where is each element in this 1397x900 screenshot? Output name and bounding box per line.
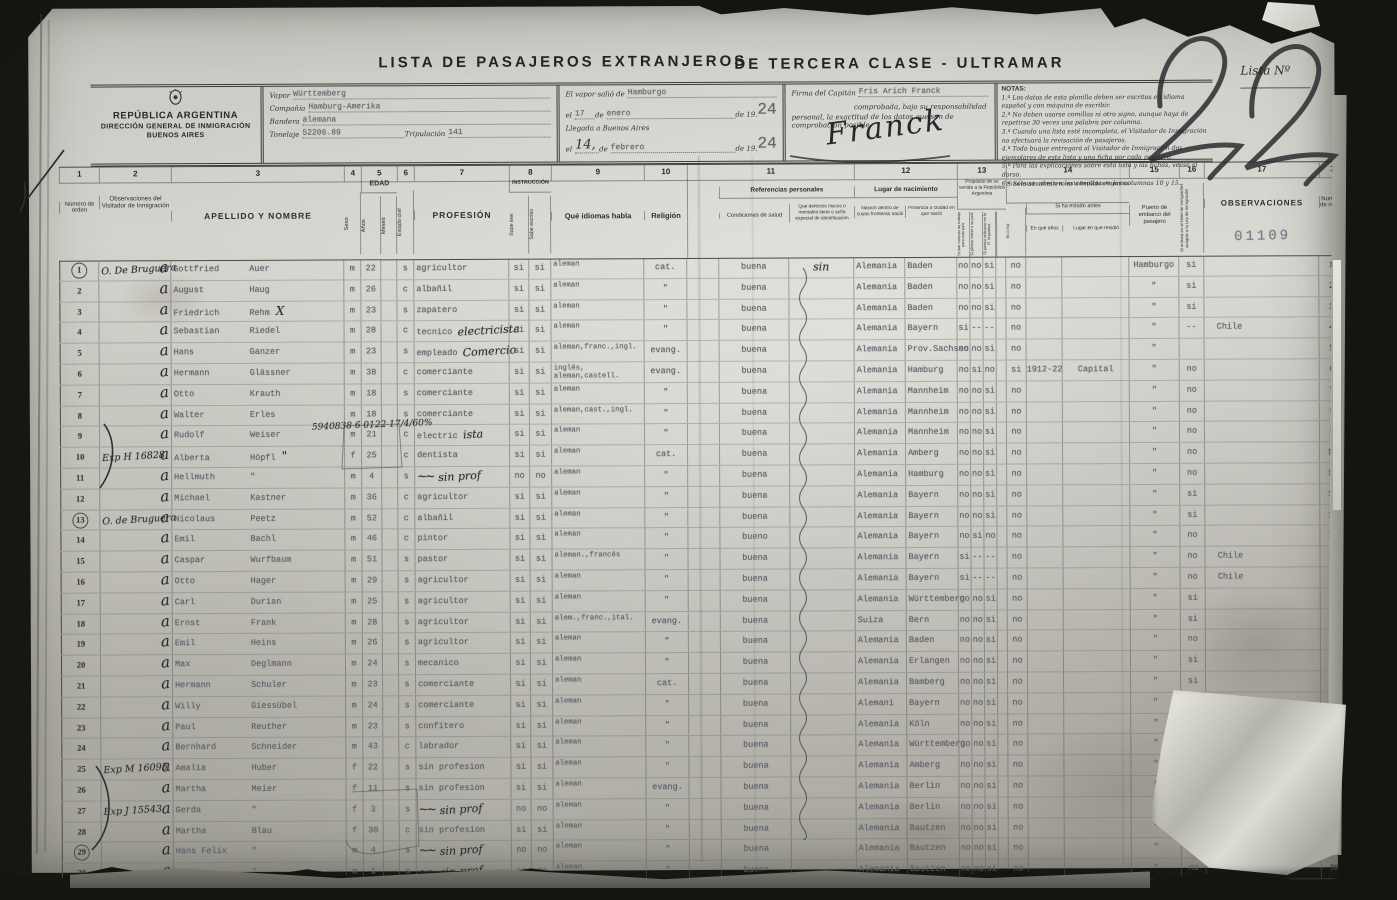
cell-proposito-3: si bbox=[984, 340, 997, 360]
cell-lugar-residio bbox=[1064, 714, 1131, 734]
cell-puerto-embarco: " bbox=[1132, 817, 1182, 837]
cell-religion: " bbox=[646, 570, 689, 590]
cell-estado-civil: s bbox=[399, 696, 416, 716]
cell-sabe-escribir: si bbox=[530, 508, 552, 528]
cell-religion: cat. bbox=[646, 674, 689, 694]
cell-spacer bbox=[688, 466, 720, 486]
cell-observaciones bbox=[1206, 734, 1321, 754]
org-dept: DIRECCIÓN GENERAL DE INMIGRACIÓN bbox=[91, 123, 261, 131]
cell-proposito-1: no bbox=[958, 527, 971, 547]
cell-sabe-leer: si bbox=[510, 529, 530, 549]
cell-edad-anos: 28 bbox=[363, 613, 383, 633]
column-number: 15 bbox=[1129, 163, 1179, 178]
cell-defectos bbox=[790, 548, 855, 568]
cell-hotel-inmigrantes: si bbox=[1181, 755, 1206, 775]
cell-apellido-nombre: NicolausPeetz bbox=[172, 509, 345, 530]
cell-spacer bbox=[688, 403, 720, 423]
cell-proposito-2: no bbox=[973, 818, 986, 838]
cell-en-que-anos bbox=[1026, 256, 1062, 276]
table-row: 30aHorst"m1s ∼∼ sin profnonoaleman"buena… bbox=[62, 858, 1348, 884]
cell-sabe-escribir: si bbox=[531, 758, 553, 778]
cell-provincia: Berlin bbox=[908, 798, 960, 818]
cell-hotel-inmigrantes: si bbox=[1180, 505, 1205, 525]
cell-spacer bbox=[687, 279, 719, 299]
cell-nacion: Alemania bbox=[854, 278, 905, 298]
cell-proposito-2: si bbox=[971, 527, 984, 547]
cell-estuvo-antes: no bbox=[1009, 860, 1029, 880]
cell-lugar-residio bbox=[1063, 422, 1130, 442]
cell-apellido-nombre: FriedrichRehmX bbox=[171, 301, 344, 322]
cell-proposito-1: no bbox=[959, 756, 972, 776]
cell-salud: buena bbox=[720, 424, 790, 444]
cell-edad-anos: 36 bbox=[362, 488, 382, 508]
cell-observaciones bbox=[1206, 588, 1321, 608]
cell-proposito-4 bbox=[996, 277, 1006, 297]
cell-num-orden-right: 21 bbox=[1321, 671, 1346, 691]
cell-nacion: Alemania bbox=[857, 798, 908, 818]
issuer-box: REPÚBLICA ARGENTINA DIRECCIÓN GENERAL DE… bbox=[90, 87, 260, 164]
cell-idiomas: alem.,franc.,ital. bbox=[553, 612, 646, 632]
table-row: 24aBernhardSchneiderm43clabradorsisialem… bbox=[61, 733, 1347, 759]
cell-lugar-residio bbox=[1063, 506, 1130, 526]
cell-edad-anos: 21 bbox=[362, 426, 382, 446]
cell-en-que-anos bbox=[1028, 610, 1064, 630]
cell-estuvo-antes: no bbox=[1008, 776, 1028, 796]
cell-estuvo-antes: no bbox=[1009, 797, 1029, 817]
cell-num-orden-right: 11 bbox=[1320, 463, 1345, 483]
cell-lugar-residio bbox=[1064, 651, 1131, 671]
cell-provincia: Hamburg bbox=[906, 465, 958, 485]
cell-sexo: m bbox=[344, 280, 361, 300]
cell-spacer bbox=[688, 383, 720, 403]
cell-salud: buena bbox=[721, 569, 791, 589]
cell-provincia: Berlin bbox=[907, 777, 959, 797]
cell-sabe-escribir: si bbox=[531, 675, 553, 695]
cell-estado-civil: s bbox=[400, 862, 417, 882]
table-row: 5aHansGanzerm23sempleado Comerciosisiale… bbox=[60, 338, 1346, 364]
cell-idiomas: aleman,franc.,ingl. bbox=[552, 341, 645, 361]
cell-provincia: Baden bbox=[907, 631, 959, 651]
column-number: 8 bbox=[509, 166, 551, 181]
cell-lugar-residio bbox=[1064, 568, 1131, 588]
cell-nacion: Alemania bbox=[855, 340, 906, 360]
cell-proposito-3: si bbox=[985, 610, 998, 630]
header-estado-antes: Si ha estado antes o no en la República … bbox=[1006, 179, 1129, 204]
cell-edad-meses bbox=[384, 800, 400, 820]
cell-proposito-1: no bbox=[959, 735, 972, 755]
cell-proposito-2: no bbox=[971, 402, 984, 422]
cell-lugar-residio bbox=[1064, 755, 1131, 775]
cell-sabe-escribir: si bbox=[531, 654, 553, 674]
cell-idiomas: aleman bbox=[554, 840, 647, 860]
header-observaciones-visitador: Observaciones del Visitador de Inmigraci… bbox=[99, 195, 171, 209]
table-row: 28aMarthaBlauf30csin profesionsisialeman… bbox=[62, 817, 1348, 843]
cell-num-orden-right: 2 bbox=[1319, 276, 1344, 296]
cell-proposito-3: si bbox=[985, 714, 998, 734]
cell-estado-civil: s bbox=[398, 467, 415, 487]
cell-sabe-leer: no bbox=[510, 467, 530, 487]
cell-apellido-nombre: AlbertaHöpfl" bbox=[172, 447, 345, 468]
table-row: 8aWalterErlesm18scomerciantesisialeman,c… bbox=[60, 401, 1346, 427]
cell-apellido-nombre: CasparWurfbaum bbox=[172, 551, 345, 572]
scanned-sheet: LISTA DE PASAJEROS EXTRANJEROS DE TERCER… bbox=[28, 3, 1338, 873]
cell-sexo: f bbox=[347, 800, 364, 820]
cell-num-orden: 21 bbox=[61, 676, 101, 696]
cell-proposito-3: no bbox=[984, 527, 997, 547]
header-idiomas: Qué idiomas habla bbox=[551, 211, 644, 220]
column-number: 4 bbox=[344, 166, 361, 181]
table-row: 22aWillyGiessübelm24scomerciantesisialem… bbox=[61, 692, 1347, 718]
cell-proposito-2: no bbox=[972, 673, 985, 693]
cell-profesion: comerciante bbox=[415, 404, 510, 424]
cell-apellido-nombre: MarthaMeier bbox=[173, 779, 346, 800]
cell-defectos: sin bbox=[789, 257, 854, 277]
cell-proposito-2: -- bbox=[972, 569, 985, 589]
cell-defectos bbox=[791, 694, 856, 714]
cell-estado-civil: s bbox=[399, 613, 416, 633]
column-number: 7 bbox=[414, 166, 509, 181]
cell-observaciones bbox=[1205, 422, 1320, 442]
cell-lugar-residio bbox=[1063, 443, 1130, 463]
cell-provincia: Württemberg bbox=[907, 735, 959, 755]
cell-sabe-leer: no bbox=[512, 841, 532, 861]
cell-religion: evang. bbox=[646, 778, 689, 798]
cell-sexo: m bbox=[346, 738, 363, 758]
cell-estuvo-antes: no bbox=[1008, 735, 1028, 755]
cell-spacer bbox=[687, 320, 719, 340]
cell-defectos bbox=[789, 320, 854, 340]
cell-sexo: m bbox=[345, 530, 362, 550]
cell-salud: buena bbox=[722, 819, 792, 839]
cell-idiomas: aleman bbox=[553, 695, 646, 715]
cell-sabe-escribir: si bbox=[530, 550, 552, 570]
pen-mark-margin bbox=[20, 150, 64, 212]
cell-proposito-1: si bbox=[958, 548, 971, 568]
cell-proposito-4 bbox=[998, 693, 1008, 713]
cell-observaciones bbox=[1207, 817, 1322, 837]
cell-edad-meses bbox=[382, 467, 398, 487]
cell-num-orden: 5 bbox=[60, 344, 100, 364]
cell-idiomas: aleman.,francés bbox=[552, 549, 645, 569]
cell-defectos bbox=[790, 424, 855, 444]
cell-estuvo-antes: no bbox=[1008, 652, 1028, 672]
cell-hotel-inmigrantes: si bbox=[1181, 651, 1206, 671]
cell-religion: " bbox=[644, 300, 687, 320]
cell-edad-anos: 24 bbox=[363, 654, 383, 674]
cell-spacer bbox=[688, 341, 720, 361]
cell-apellido-nombre: OttoHager bbox=[173, 571, 346, 592]
cell-profesion: dentista bbox=[415, 446, 510, 466]
cell-proposito-1: no bbox=[957, 257, 970, 277]
pen-brace-rows-27-30 bbox=[92, 766, 109, 850]
cell-edad-anos: 23 bbox=[361, 301, 381, 321]
header-defectos: Qué defectos físicos o mentales tiene o … bbox=[789, 204, 854, 222]
column-number: 16 bbox=[1179, 163, 1204, 178]
cell-salud: buena bbox=[720, 382, 790, 402]
cell-observaciones bbox=[1206, 650, 1321, 670]
cell-proposito-1: no bbox=[959, 714, 972, 734]
cell-hotel-inmigrantes: si bbox=[1181, 692, 1206, 712]
table-row: 19aEmilHeinsm26sagricultorsisialeman"bue… bbox=[61, 629, 1347, 655]
cell-num-orden: 27 bbox=[62, 801, 102, 821]
cell-edad-anos: 23 bbox=[362, 343, 382, 363]
cell-proposito-3: si bbox=[983, 277, 996, 297]
tonelaje-value: 52206.89 bbox=[302, 128, 404, 138]
firma-label: Firma del Capitán bbox=[791, 89, 855, 97]
cell-spacer bbox=[690, 840, 722, 860]
crumpled-corner bbox=[1150, 690, 1346, 875]
column-number: 5 bbox=[361, 166, 397, 181]
cell-proposito-3: si bbox=[984, 506, 997, 526]
cell-observaciones: Chile bbox=[1206, 567, 1321, 587]
cell-lugar-residio bbox=[1064, 589, 1131, 609]
cell-hotel-inmigrantes: no bbox=[1182, 859, 1207, 879]
cell-proposito-2: no bbox=[973, 860, 986, 880]
cell-defectos bbox=[791, 652, 856, 672]
cell-sexo: m bbox=[346, 675, 363, 695]
cell-puerto-embarco: " bbox=[1131, 734, 1181, 754]
cell-profesion: agricultor bbox=[416, 612, 511, 632]
cell-proposito-4 bbox=[996, 257, 1006, 277]
cell-proposito-3: si bbox=[985, 673, 998, 693]
cell-edad-meses bbox=[383, 779, 399, 799]
cell-estado-civil: s bbox=[399, 758, 416, 778]
cell-sabe-escribir: si bbox=[529, 279, 551, 299]
cell-lugar-residio bbox=[1062, 298, 1129, 318]
cell-sabe-leer: si bbox=[511, 612, 531, 632]
cell-sexo: m bbox=[345, 509, 362, 529]
cell-proposito-1: no bbox=[958, 423, 971, 443]
cell-num-orden-right: 19 bbox=[1321, 629, 1346, 649]
cell-profesion: zapatero bbox=[414, 300, 509, 320]
cell-estuvo-antes: no bbox=[1007, 340, 1027, 360]
cell-estado-civil: s bbox=[399, 675, 416, 695]
cell-sabe-escribir: si bbox=[531, 737, 553, 757]
cell-sabe-escribir: no bbox=[532, 799, 554, 819]
cell-estuvo-antes: no bbox=[1008, 693, 1028, 713]
cell-idiomas: aleman bbox=[554, 799, 647, 819]
page-title-left: LISTA DE PASAJEROS EXTRANJEROS bbox=[378, 53, 747, 72]
cell-hotel-inmigrantes: si bbox=[1181, 734, 1206, 754]
column-number: 11 bbox=[687, 164, 854, 180]
cell-proposito-4 bbox=[999, 797, 1009, 817]
header-boxes: REPÚBLICA ARGENTINA DIRECCIÓN GENERAL DE… bbox=[90, 80, 1212, 167]
cell-num-orden-right: 4 bbox=[1319, 318, 1344, 338]
de-label: de bbox=[599, 145, 608, 153]
cell-religion: " bbox=[645, 487, 688, 507]
cell-observaciones-visitador: a bbox=[100, 531, 172, 551]
cell-en-que-anos bbox=[1029, 797, 1065, 817]
cell-num-orden-right: 17 bbox=[1321, 588, 1346, 608]
cell-observaciones bbox=[1206, 692, 1321, 712]
cell-proposito-4 bbox=[997, 444, 1007, 464]
cell-sabe-leer: si bbox=[511, 633, 531, 653]
cell-estuvo-antes: no bbox=[1007, 506, 1027, 526]
header-sexo: Sexo bbox=[344, 192, 361, 254]
column-number-strip: 12345678910111213141516171 bbox=[59, 161, 1345, 184]
cell-profesion: agricultor bbox=[415, 488, 510, 508]
cell-puerto-embarco: " bbox=[1130, 360, 1180, 380]
cell-proposito-2: no bbox=[971, 485, 984, 505]
cell-sexo: m bbox=[344, 259, 361, 279]
cell-spacer bbox=[689, 757, 721, 777]
cell-estuvo-antes: no bbox=[1007, 381, 1027, 401]
cell-profesion: labrador bbox=[416, 737, 511, 757]
cell-observaciones bbox=[1207, 858, 1322, 878]
cell-sexo: m bbox=[347, 842, 364, 862]
cell-sabe-escribir: no bbox=[532, 841, 554, 861]
cell-lugar-residio bbox=[1062, 277, 1129, 297]
cell-salud: buena bbox=[719, 320, 789, 340]
cell-observaciones-visitador: O. De Brugueraa bbox=[99, 260, 171, 280]
cell-hotel-inmigrantes: si bbox=[1180, 484, 1205, 504]
cell-spacer bbox=[689, 778, 721, 798]
table-row: 29aHans Felix"m4s ∼∼ sin profnonoaleman"… bbox=[62, 837, 1348, 863]
cell-provincia: Erlangen bbox=[907, 652, 959, 672]
cell-religion: evang. bbox=[645, 362, 688, 382]
header-si-ha-estado: Si ha estado antes bbox=[1026, 203, 1129, 214]
cell-proposito-1: no bbox=[957, 298, 970, 318]
cell-puerto-embarco: " bbox=[1131, 693, 1181, 713]
cell-estado-civil: s bbox=[399, 654, 416, 674]
cell-hotel-inmigrantes: si bbox=[1179, 277, 1204, 297]
table-row: 15aCasparWurfbaumm51spastorsisialeman.,f… bbox=[60, 546, 1346, 572]
cell-num-orden: 23 bbox=[61, 718, 101, 738]
cell-hotel-inmigrantes: no bbox=[1182, 838, 1207, 858]
cell-nacion: Alemania bbox=[857, 819, 908, 839]
header-sabe-escribir: Sabe escribir bbox=[529, 196, 551, 254]
cell-num-orden-right: 8 bbox=[1320, 401, 1345, 421]
cell-num-orden-right: 15 bbox=[1320, 546, 1345, 566]
cell-lugar-residio bbox=[1064, 672, 1131, 692]
cell-proposito-1: no bbox=[958, 465, 971, 485]
cell-sexo: m bbox=[347, 863, 364, 883]
signature-flourish bbox=[790, 156, 950, 162]
cell-observaciones-visitador: a bbox=[102, 843, 174, 863]
cell-religion: " bbox=[646, 736, 689, 756]
cell-profesion: agricultor bbox=[416, 592, 511, 612]
cell-en-que-anos bbox=[1026, 319, 1062, 339]
cell-en-que-anos bbox=[1028, 672, 1064, 692]
pencil-mark-ages-bottom bbox=[346, 789, 419, 854]
cell-edad-meses bbox=[382, 509, 398, 529]
torn-corner-top-right bbox=[1095, 0, 1340, 46]
cell-proposito-3: si bbox=[985, 756, 998, 776]
cell-en-que-anos bbox=[1027, 423, 1063, 443]
header-proposito-sub3: Si piensa radicarse en la R. Argentina bbox=[983, 212, 996, 257]
cell-provincia: Mannheim bbox=[906, 382, 958, 402]
cell-observaciones bbox=[1206, 775, 1321, 795]
cell-defectos bbox=[791, 756, 856, 776]
cell-defectos bbox=[790, 382, 855, 402]
fold-crease bbox=[751, 156, 757, 862]
cell-religion: " bbox=[646, 591, 689, 611]
cell-sabe-leer: si bbox=[511, 779, 531, 799]
cell-salud: buena bbox=[720, 341, 790, 361]
cell-proposito-4 bbox=[996, 298, 1006, 318]
cell-proposito-1: no bbox=[958, 361, 971, 381]
cell-proposito-4 bbox=[997, 381, 1007, 401]
cell-nacion: Alemania bbox=[856, 569, 907, 589]
cell-apellido-nombre: WillyGiessübel bbox=[173, 696, 346, 717]
cell-spacer bbox=[688, 487, 720, 507]
underlying-sheet-edge bbox=[1327, 95, 1346, 855]
cell-en-que-anos bbox=[1028, 568, 1064, 588]
cell-nacion: Alemania bbox=[856, 735, 907, 755]
cell-proposito-1: no bbox=[957, 278, 970, 298]
cell-observaciones-visitador: a bbox=[101, 655, 173, 675]
cell-proposito-4 bbox=[998, 631, 1008, 651]
cell-observaciones-visitador: a bbox=[100, 385, 172, 405]
cell-proposito-4 bbox=[997, 506, 1007, 526]
cell-observaciones-visitador: a bbox=[100, 364, 172, 384]
cell-sexo: f bbox=[345, 447, 362, 467]
cell-sabe-leer: si bbox=[510, 508, 530, 528]
cell-proposito-2: no bbox=[973, 797, 986, 817]
cell-proposito-1: no bbox=[958, 486, 971, 506]
cell-apellido-nombre: BernhardSchneider bbox=[173, 738, 346, 759]
cell-edad-anos: 28 bbox=[361, 322, 381, 342]
cell-idiomas: aleman bbox=[552, 425, 645, 445]
cell-num-orden: 9 bbox=[60, 427, 100, 447]
cell-sexo: m bbox=[344, 322, 361, 342]
cell-sexo: m bbox=[346, 571, 363, 591]
cell-en-que-anos bbox=[1028, 651, 1064, 671]
cell-proposito-1: no bbox=[958, 382, 971, 402]
cell-num-orden-right: 12 bbox=[1320, 484, 1345, 504]
cell-proposito-4 bbox=[996, 319, 1006, 339]
cell-edad-meses bbox=[382, 405, 398, 425]
cell-edad-anos: 29 bbox=[363, 571, 383, 591]
cell-observaciones-visitador: a bbox=[101, 635, 173, 655]
cell-nacion: Alemania bbox=[856, 715, 907, 735]
cell-edad-anos: 18 bbox=[362, 384, 382, 404]
cell-idiomas: aleman bbox=[551, 300, 644, 320]
header-sabe-leer: Sabe leer bbox=[509, 196, 529, 254]
cell-nacion: Alemania bbox=[854, 319, 905, 339]
cell-puerto-embarco: " bbox=[1130, 381, 1180, 401]
de19-label: de 19. bbox=[736, 145, 758, 153]
cell-en-que-anos bbox=[1027, 444, 1063, 464]
cell-observaciones-visitador: Exp M 16095a bbox=[101, 759, 173, 779]
cell-sexo: m bbox=[344, 301, 361, 321]
cell-sabe-escribir: si bbox=[530, 404, 552, 424]
column-number: 1 bbox=[1319, 162, 1345, 177]
cell-spacer bbox=[690, 861, 722, 881]
stain bbox=[852, 795, 1002, 866]
cell-sabe-leer: si bbox=[510, 383, 530, 403]
cell-observaciones bbox=[1205, 505, 1320, 525]
cell-proposito-4 bbox=[999, 818, 1009, 838]
cell-religion: evang. bbox=[645, 341, 688, 361]
cell-spacer bbox=[689, 715, 721, 735]
cell-defectos bbox=[792, 860, 857, 880]
cell-edad-anos: 18 bbox=[362, 405, 382, 425]
cell-edad-anos: 4 bbox=[362, 467, 382, 487]
cell-nacion: Alemania bbox=[855, 507, 906, 527]
cell-provincia: Württemberg bbox=[907, 590, 959, 610]
cell-edad-anos: 25 bbox=[362, 446, 382, 466]
cell-hotel-inmigrantes: no bbox=[1181, 776, 1206, 796]
cell-proposito-2: no bbox=[972, 652, 985, 672]
torn-edge-bottom bbox=[0, 856, 1397, 900]
cell-proposito-4 bbox=[997, 548, 1007, 568]
cell-proposito-2: no bbox=[972, 714, 985, 734]
cell-salud: buena bbox=[722, 861, 792, 881]
cell-proposito-2: no bbox=[972, 735, 985, 755]
cell-religion: " bbox=[644, 320, 687, 340]
cell-lugar-residio bbox=[1062, 256, 1129, 276]
